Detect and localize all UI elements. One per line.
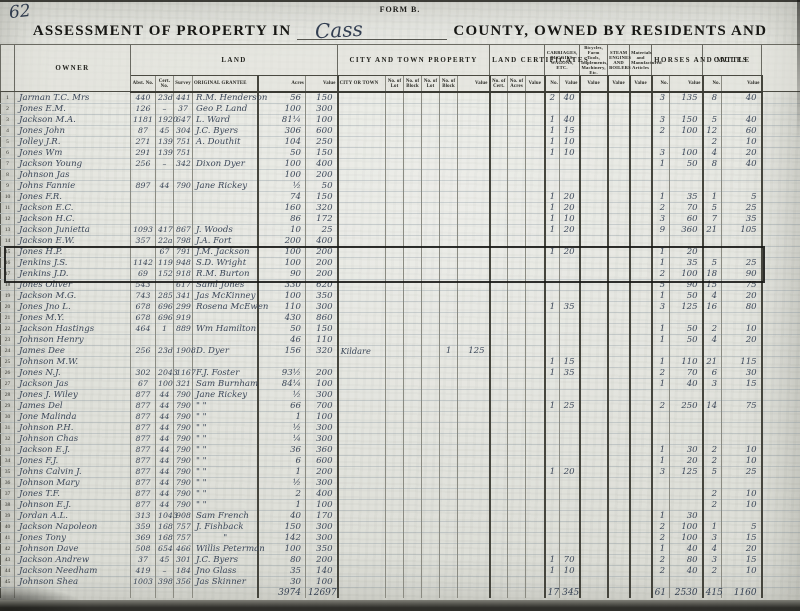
cell-cert_acres: [508, 180, 526, 191]
subcol-land-value: Value: [306, 76, 338, 92]
cell-blk2: [440, 455, 458, 466]
cell-land_value: [306, 356, 338, 367]
cell-lot1: [386, 323, 404, 334]
cell-cattle_no: 3: [703, 532, 722, 543]
cell-cert_acres: [508, 554, 526, 565]
cell-cert: 44: [156, 180, 174, 191]
cell-cattle_value: [722, 389, 762, 400]
cell-cattle_value: 25: [722, 202, 762, 213]
cell-survey: 790: [174, 180, 193, 191]
cell-lot1: [386, 433, 404, 444]
cell-acres: 100: [258, 158, 306, 169]
cell-mat_value: [630, 367, 652, 378]
table-row: 41Jones Tony369168757"1423002100315: [1, 532, 800, 543]
cell-blk2: [440, 554, 458, 565]
cell-carr_value: [560, 510, 580, 521]
cell-n: 41: [1, 532, 15, 543]
cell-tail: [762, 103, 800, 114]
cell-city_town: [338, 268, 386, 279]
cell-acres: 84¼: [258, 378, 306, 389]
cell-lot1: [386, 532, 404, 543]
cell-cert_value: [526, 279, 545, 290]
cell-cattle_value: [722, 477, 762, 488]
cell-steam_value: [608, 477, 630, 488]
cell-steam_value: [608, 576, 630, 587]
cell-empty: [580, 587, 608, 598]
subcol-acres: Acres: [258, 76, 306, 92]
cell-cattle_value: 80: [722, 301, 762, 312]
cell-cert_value: [526, 191, 545, 202]
cell-acres: 100: [258, 257, 306, 268]
table-row: 14Jackson E.W.35722a798J.A. Fort200400: [1, 235, 800, 246]
cell-lot2: [422, 411, 440, 422]
cell-owner: Jones F.R.: [15, 191, 131, 202]
cell-grantee: " ": [193, 422, 258, 433]
cell-city_town: [338, 367, 386, 378]
cell-blk1: [404, 334, 422, 345]
cell-cert: 696: [156, 301, 174, 312]
cell-empty: [338, 587, 386, 598]
cell-cert: 44: [156, 411, 174, 422]
cell-cert_value: [526, 147, 545, 158]
cell-horse_value: [670, 477, 703, 488]
cell-lot1: [386, 356, 404, 367]
cell-horse_no: [652, 576, 670, 587]
cell-steam_value: [608, 246, 630, 257]
cell-steam_value: [608, 444, 630, 455]
cell-blk2: [440, 543, 458, 554]
cell-blk2: [440, 169, 458, 180]
subcol-cert-value: Value: [526, 76, 545, 92]
cell-lot2: [422, 92, 440, 104]
cell-horse_no: 2: [652, 367, 670, 378]
cell-mach_value: [580, 455, 608, 466]
cell-cattle_no: 4: [703, 543, 722, 554]
cell-mach_value: [580, 488, 608, 499]
cell-lot2: [422, 488, 440, 499]
cell-empty: [440, 587, 458, 598]
cell-carr_no: 1: [545, 367, 560, 378]
group-horses-mules: HORSES AND MULES: [652, 45, 703, 76]
cell-cattle_no: 2: [703, 565, 722, 576]
cell-steam_value: [608, 125, 630, 136]
cell-survey: 790: [174, 488, 193, 499]
cell-cattle_value: 10: [722, 499, 762, 510]
cell-survey: 1908: [174, 345, 193, 356]
cell-city_town: [338, 356, 386, 367]
cell-cert_value: [526, 422, 545, 433]
cell-empty: [131, 587, 156, 598]
cell-horse_value: 50: [670, 323, 703, 334]
cell-lot1: [386, 103, 404, 114]
cell-horse_value: 50: [670, 290, 703, 301]
cell-grantee: " ": [193, 466, 258, 477]
cell-city_town: [338, 400, 386, 411]
cell-land_value: 150: [306, 323, 338, 334]
cell-acres: 156: [258, 345, 306, 356]
cell-lot1: [386, 345, 404, 356]
cell-n: 39: [1, 510, 15, 521]
cell-cert_no: [490, 169, 508, 180]
cell-city_value: [458, 576, 490, 587]
cell-lot1: [386, 114, 404, 125]
group-header-row: OWNER LAND CITY AND TOWN PROPERTY LAND C…: [1, 45, 800, 76]
cell-tail: [762, 169, 800, 180]
cell-blk1: [404, 433, 422, 444]
cell-steam_value: [608, 521, 630, 532]
cell-city_value: [458, 422, 490, 433]
cell-tail: [762, 565, 800, 576]
cell-acres: 30: [258, 576, 306, 587]
cell-land_value: 170: [306, 510, 338, 521]
cell-n: 12: [1, 213, 15, 224]
cell-grantee: Jas Skinner: [193, 576, 258, 587]
table-header: OWNER LAND CITY AND TOWN PROPERTY LAND C…: [1, 45, 800, 92]
cell-cattle_no: 8: [703, 92, 722, 104]
cell-blk1: [404, 488, 422, 499]
cell-cattle_value: 90: [722, 268, 762, 279]
cell-horse_value: 100: [670, 147, 703, 158]
cell-cert_no: [490, 488, 508, 499]
assessment-table: OWNER LAND CITY AND TOWN PROPERTY LAND C…: [0, 44, 800, 598]
cell-mat_value: [630, 235, 652, 246]
cell-city_town: Kildare: [338, 345, 386, 356]
cell-blk2: [440, 180, 458, 191]
cell-mat_value: [630, 543, 652, 554]
cell-carr_no: [545, 180, 560, 191]
cell-acres: ½: [258, 477, 306, 488]
cell-survey: 751: [174, 147, 193, 158]
total-acres: 3974: [258, 587, 306, 598]
group-steam-engines: STEAM ENGINES AND BOILERS: [608, 45, 630, 76]
cell-cert_no: [490, 400, 508, 411]
cell-cattle_no: 14: [703, 400, 722, 411]
cell-cattle_value: 40: [722, 92, 762, 104]
cell-tail: [762, 301, 800, 312]
cell-cattle_no: [703, 312, 722, 323]
cell-carr_no: [545, 499, 560, 510]
cell-n: 9: [1, 180, 15, 191]
cell-city_value: [458, 543, 490, 554]
cell-blk2: [440, 224, 458, 235]
cell-steam_value: [608, 92, 630, 104]
cell-grantee: " ": [193, 477, 258, 488]
cell-land_value: 100: [306, 411, 338, 422]
cell-blk2: [440, 422, 458, 433]
cell-cattle_no: 5: [703, 257, 722, 268]
cell-carr_no: 1: [545, 466, 560, 477]
cell-owner: Jackson M.A.: [15, 114, 131, 125]
cell-tail: [762, 158, 800, 169]
cell-cert_value: [526, 411, 545, 422]
cell-tail: [762, 367, 800, 378]
cell-mach_value: [580, 147, 608, 158]
cell-cattle_no: [703, 345, 722, 356]
cell-cattle_no: 2: [703, 444, 722, 455]
cell-horse_no: 1: [652, 543, 670, 554]
col-row-number-header: [1, 45, 15, 92]
cell-horse_value: 50: [670, 334, 703, 345]
cell-blk1: [404, 521, 422, 532]
cell-lot2: [422, 389, 440, 400]
cell-abst: 543: [131, 279, 156, 290]
cell-cattle_value: [722, 576, 762, 587]
county-name-handwritten: Cass: [315, 17, 364, 43]
cell-land_value: 300: [306, 422, 338, 433]
total-land-value: 12697: [306, 587, 338, 598]
cell-carr_value: [560, 433, 580, 444]
cell-carr_value: 10: [560, 147, 580, 158]
cell-cert: [156, 334, 174, 345]
cell-land_value: 150: [306, 191, 338, 202]
cell-n: 8: [1, 169, 15, 180]
cell-city_value: [458, 246, 490, 257]
cell-city_value: [458, 257, 490, 268]
cell-city_town: [338, 510, 386, 521]
cell-owner: Jones John: [15, 125, 131, 136]
cell-owner: Johnson Henry: [15, 334, 131, 345]
cell-blk1: [404, 389, 422, 400]
cell-survey: 757: [174, 521, 193, 532]
cell-horse_value: 70: [670, 202, 703, 213]
cell-mach_value: [580, 576, 608, 587]
cell-owner: Johnson Dave: [15, 543, 131, 554]
cell-land_value: 600: [306, 455, 338, 466]
cell-cattle_no: [703, 422, 722, 433]
cell-city_town: [338, 422, 386, 433]
cell-cert_value: [526, 202, 545, 213]
cell-empty: [404, 587, 422, 598]
cell-cattle_no: 1: [703, 191, 722, 202]
cell-carr_value: 20: [560, 191, 580, 202]
cell-n: 10: [1, 191, 15, 202]
cell-carr_no: 1: [545, 191, 560, 202]
cell-city_value: [458, 213, 490, 224]
cell-survey: [174, 356, 193, 367]
cell-cert_no: [490, 345, 508, 356]
cell-mat_value: [630, 554, 652, 565]
cell-horse_no: 1: [652, 257, 670, 268]
cell-acres: 10: [258, 224, 306, 235]
cell-cert_acres: [508, 224, 526, 235]
cell-owner: Johnson E.J.: [15, 499, 131, 510]
cell-lot1: [386, 400, 404, 411]
cell-cert: 1: [156, 323, 174, 334]
cell-steam_value: [608, 466, 630, 477]
cell-cert_no: [490, 510, 508, 521]
cell-lot1: [386, 411, 404, 422]
cell-abst: 1003: [131, 576, 156, 587]
cell-lot2: [422, 180, 440, 191]
cell-mach_value: [580, 257, 608, 268]
cell-cert_value: [526, 136, 545, 147]
cell-land_value: 400: [306, 158, 338, 169]
cell-cert_no: [490, 114, 508, 125]
cell-cert_acres: [508, 114, 526, 125]
cell-cert: –: [156, 158, 174, 169]
cell-carr_no: 1: [545, 301, 560, 312]
cell-grantee: Dixon Dyer: [193, 158, 258, 169]
cell-lot1: [386, 444, 404, 455]
table-row: 26Jones N.J.30220431167F.J. Foster93½200…: [1, 367, 800, 378]
cell-cert_value: [526, 356, 545, 367]
cell-blk1: [404, 565, 422, 576]
subcol-original-grantee: ORIGINAL GRANTEE: [193, 76, 258, 92]
cell-steam_value: [608, 312, 630, 323]
cell-carr_value: 70: [560, 554, 580, 565]
cell-grantee: J. Woods: [193, 224, 258, 235]
cell-city_town: [338, 466, 386, 477]
cell-carr_value: 40: [560, 114, 580, 125]
cell-carr_value: [560, 323, 580, 334]
cell-survey: 790: [174, 422, 193, 433]
cell-carr_no: 1: [545, 147, 560, 158]
cell-steam_value: [608, 389, 630, 400]
cell-horse_value: [670, 180, 703, 191]
cell-acres: 90: [258, 268, 306, 279]
cell-cert: 139: [156, 147, 174, 158]
cell-owner: Johnson M.W.: [15, 356, 131, 367]
cell-cert: [156, 191, 174, 202]
cell-cert_no: [490, 532, 508, 543]
cell-blk2: [440, 301, 458, 312]
subcol-survey: Survey: [174, 76, 193, 92]
cell-owner: Jones N.J.: [15, 367, 131, 378]
cell-empty: [526, 587, 545, 598]
cell-blk2: [440, 114, 458, 125]
cell-cert_no: [490, 158, 508, 169]
cell-lot1: [386, 202, 404, 213]
cell-steam_value: [608, 114, 630, 125]
cell-owner: Jackson Needham: [15, 565, 131, 576]
cell-mach_value: [580, 345, 608, 356]
cell-mach_value: [580, 521, 608, 532]
group-land-certificates: LAND CERTIFICATES: [490, 45, 545, 76]
cell-tail: [762, 466, 800, 477]
cell-mach_value: [580, 235, 608, 246]
cell-horse_no: 1: [652, 444, 670, 455]
cell-grantee: [193, 356, 258, 367]
cell-steam_value: [608, 191, 630, 202]
cell-lot2: [422, 147, 440, 158]
cell-horse_no: 1: [652, 510, 670, 521]
cell-abst: 877: [131, 477, 156, 488]
cell-carr_no: [545, 521, 560, 532]
cell-lot2: [422, 510, 440, 521]
cell-city_town: [338, 235, 386, 246]
cell-n: 1: [1, 92, 15, 104]
cell-city_value: [458, 158, 490, 169]
cell-acres: 80: [258, 554, 306, 565]
cell-blk2: [440, 103, 458, 114]
cell-abst: 313: [131, 510, 156, 521]
cell-blk1: [404, 312, 422, 323]
cell-tail: [762, 136, 800, 147]
cell-mat_value: [630, 400, 652, 411]
cell-cert: [156, 213, 174, 224]
cell-lot1: [386, 279, 404, 290]
cell-cert: 23d: [156, 345, 174, 356]
cell-horse_no: 3: [652, 213, 670, 224]
cell-steam_value: [608, 136, 630, 147]
cell-survey: 356: [174, 576, 193, 587]
cell-land_value: 200: [306, 367, 338, 378]
cell-survey: 790: [174, 400, 193, 411]
cell-mat_value: [630, 136, 652, 147]
cell-tail: [762, 114, 800, 125]
table-row: 9Johns Fannie89744790Jane Rickey½50: [1, 180, 800, 191]
cell-cert_no: [490, 554, 508, 565]
cell-blk1: [404, 466, 422, 477]
cell-blk1: [404, 268, 422, 279]
cell-cert_no: [490, 257, 508, 268]
table-row: 22Jackson Hastings4641889Wm Hamilton5015…: [1, 323, 800, 334]
cell-cattle_no: [703, 169, 722, 180]
cell-cert_value: [526, 235, 545, 246]
cell-mat_value: [630, 213, 652, 224]
cell-carr_value: [560, 521, 580, 532]
cell-cert_value: [526, 290, 545, 301]
cell-steam_value: [608, 235, 630, 246]
cell-steam_value: [608, 334, 630, 345]
cell-mach_value: [580, 125, 608, 136]
cell-horse_no: 1: [652, 455, 670, 466]
cell-mat_value: [630, 125, 652, 136]
cell-survey: 908: [174, 510, 193, 521]
cell-mach_value: [580, 477, 608, 488]
cell-blk2: [440, 191, 458, 202]
cell-tail: [762, 147, 800, 158]
cell-grantee: [193, 312, 258, 323]
cell-survey: 441: [174, 92, 193, 104]
cell-n: 21: [1, 312, 15, 323]
cell-cert_value: [526, 389, 545, 400]
cell-cattle_value: 25: [722, 466, 762, 477]
cell-abst: [131, 246, 156, 257]
cell-n: 11: [1, 202, 15, 213]
cell-horse_value: [670, 103, 703, 114]
cell-horse_no: 2: [652, 521, 670, 532]
county-blank-line: Cass: [297, 17, 447, 40]
cell-carr_no: [545, 103, 560, 114]
cell-cert_acres: [508, 433, 526, 444]
cell-cert_value: [526, 169, 545, 180]
cell-land_value: 600: [306, 125, 338, 136]
cell-cert_no: [490, 576, 508, 587]
table-row: 2Jones E.M.126–37Geo P. Land100300: [1, 103, 800, 114]
cell-cert_no: [490, 466, 508, 477]
cell-cattle_value: 115: [722, 356, 762, 367]
cell-mat_value: [630, 378, 652, 389]
cell-grantee: Sam French: [193, 510, 258, 521]
cell-owner: Jones T.F.: [15, 488, 131, 499]
cell-cert_no: [490, 565, 508, 576]
cell-grantee: Jas McKinney: [193, 290, 258, 301]
cell-mach_value: [580, 213, 608, 224]
cell-cert_acres: [508, 279, 526, 290]
cell-n: 14: [1, 235, 15, 246]
cell-city_town: [338, 213, 386, 224]
cell-carr_no: [545, 543, 560, 554]
cell-abst: 302: [131, 367, 156, 378]
cell-abst: 256: [131, 158, 156, 169]
cell-n: 43: [1, 554, 15, 565]
cell-grantee: " ": [193, 488, 258, 499]
cell-lot1: [386, 389, 404, 400]
cell-cattle_value: 30: [722, 367, 762, 378]
cell-blk1: [404, 169, 422, 180]
cell-steam_value: [608, 543, 630, 554]
